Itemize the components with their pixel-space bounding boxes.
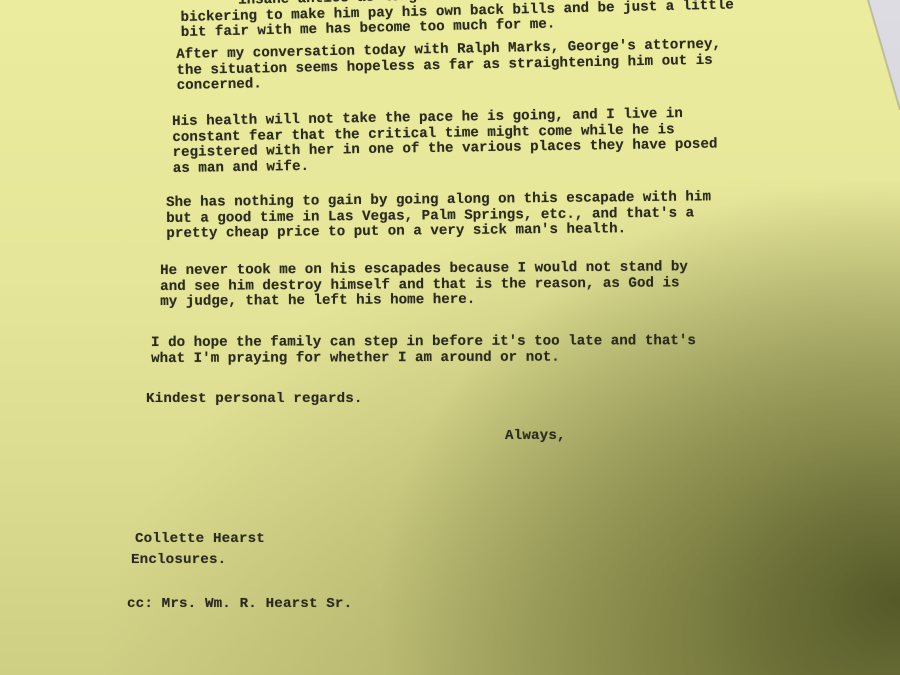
paragraph-1: insane antics as long as it was she) and… [180, 0, 734, 41]
closing-line: Kindest personal regards. [146, 392, 363, 408]
paragraph-4: She has nothing to gain by going along o… [166, 190, 711, 242]
paragraph-5: He never took me on his escapades becaus… [160, 260, 688, 310]
signature-name: Collette Hearst [135, 532, 265, 548]
paragraph-6: I do hope the family can step in before … [151, 334, 696, 367]
paragraph-2: After my conversation today with Ralph M… [176, 38, 722, 95]
paragraph-3: His health will not take the pace he is … [172, 106, 718, 177]
text-line: I do hope the family can step in before … [151, 334, 696, 351]
cc-line: cc: Mrs. Wm. R. Hearst Sr. [127, 597, 352, 613]
enclosures-note: Enclosures. [131, 553, 226, 569]
letter-page: insane antics as long as it was she) and… [0, 0, 900, 675]
text-line: pretty cheap price to put on a very sick… [166, 221, 711, 242]
text-line: what I'm praying for whether I am around… [151, 350, 696, 367]
valediction: Always, [505, 429, 566, 445]
text-line: my judge, that he left his home here. [160, 291, 688, 310]
